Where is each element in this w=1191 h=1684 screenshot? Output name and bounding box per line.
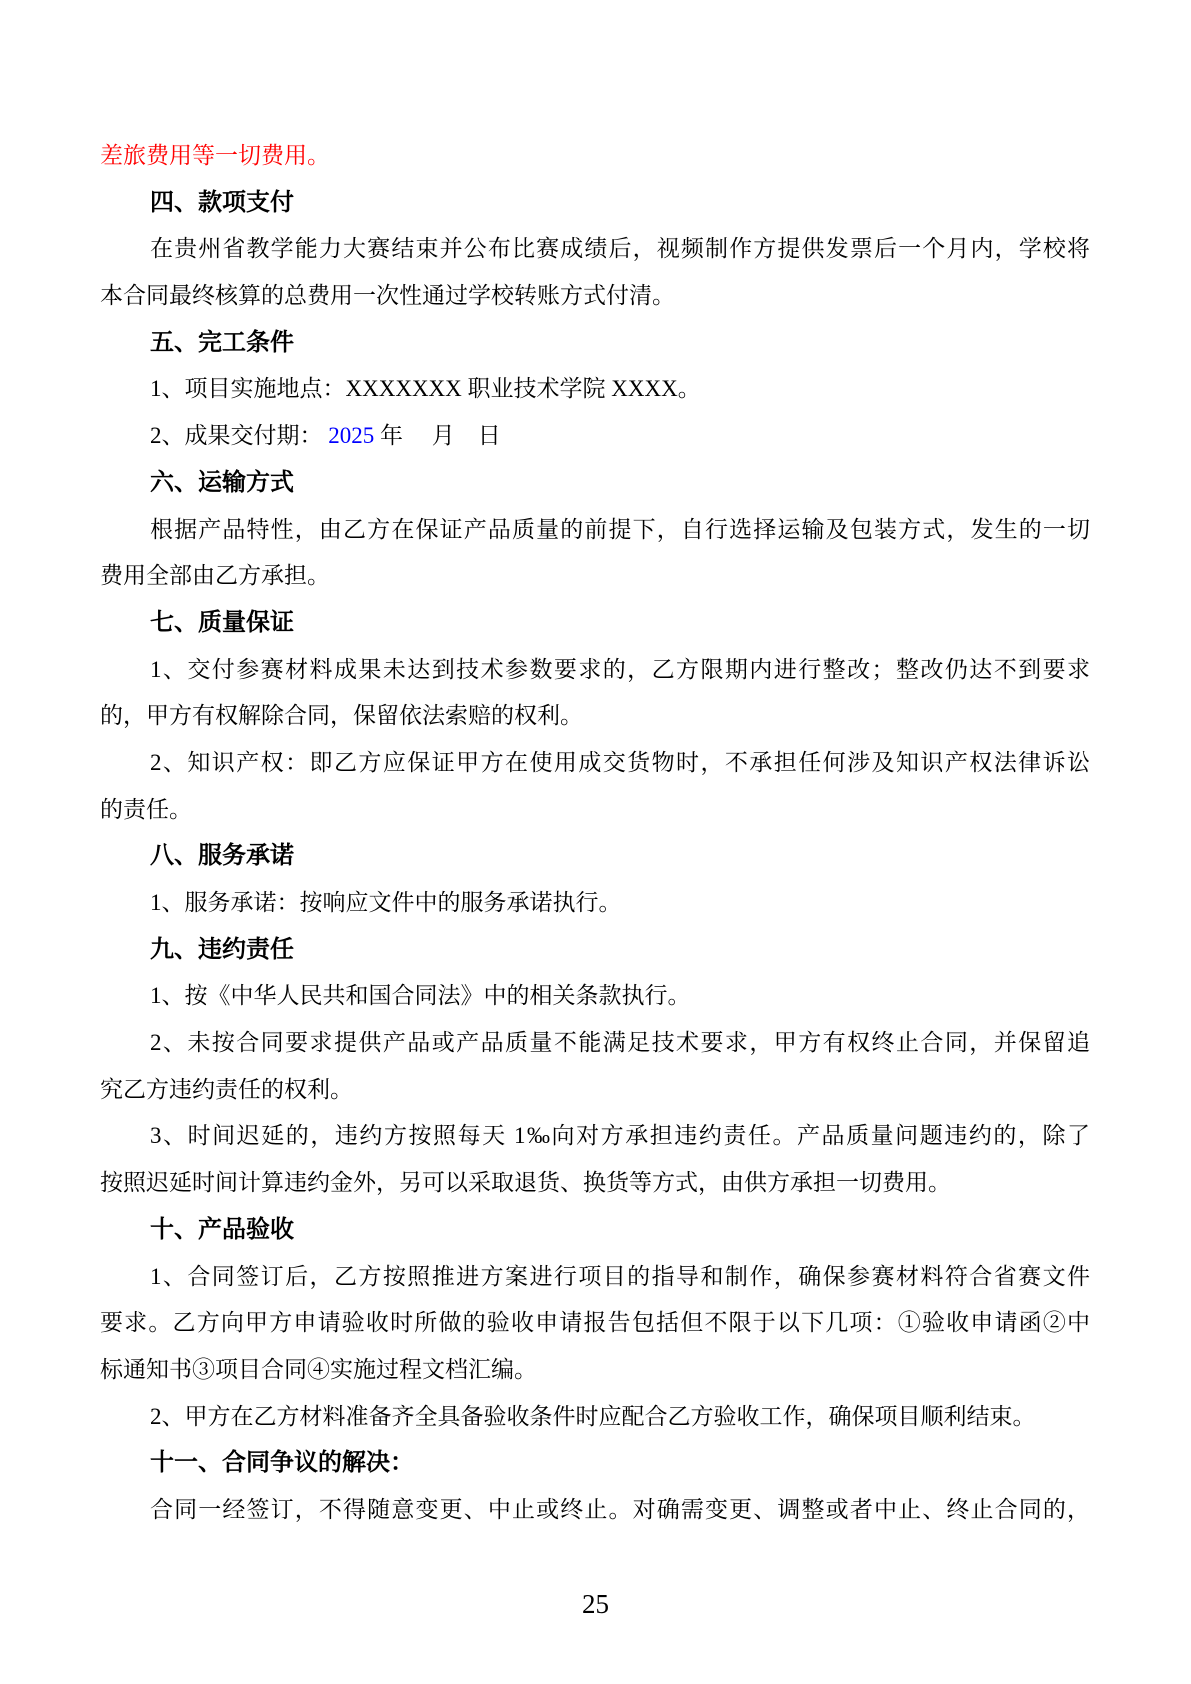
item-project-location: 1、项目实施地点：XXXXXXX 职业技术学院 XXXX。 — [100, 366, 1090, 413]
para-quality-2-line-2: 的责任。 — [100, 787, 1090, 834]
heading-completion-conditions: 五、完工条件 — [100, 320, 1090, 367]
para-quality-1-line-1: 1、交付参赛材料成果未达到技术参数要求的，乙方限期内进行整改；整改仍达不到要求 — [100, 647, 1090, 694]
heading-product-acceptance: 十、产品验收 — [100, 1207, 1090, 1254]
delivery-year-value: 2025 — [328, 423, 374, 448]
item-breach-2-line-1: 2、未按合同要求提供产品或产品质量不能满足技术要求，甲方有权终止合同，并保留追 — [100, 1020, 1090, 1067]
item-breach-2-line-2: 究乙方违约责任的权利。 — [100, 1067, 1090, 1114]
para-transport-line-2: 费用全部由乙方承担。 — [100, 553, 1090, 600]
heading-dispute-resolution: 十一、合同争议的解决： — [100, 1440, 1090, 1487]
item-breach-3-line-1: 3、时间迟延的，违约方按照每天 1‰向对方承担违约责任。产品质量问题违约的，除了 — [100, 1113, 1090, 1160]
para-dispute-line-1: 合同一经签订，不得随意变更、中止或终止。对确需变更、调整或者中止、终止合同的， — [100, 1487, 1090, 1534]
item-delivery-date: 2、成果交付期： 2025 年 月 日 — [100, 413, 1090, 460]
para-transport-line-1: 根据产品特性，由乙方在保证产品质量的前提下，自行选择运输及包装方式，发生的一切 — [100, 507, 1090, 554]
heading-service-commitment: 八、服务承诺 — [100, 833, 1090, 880]
heading-transport-method: 六、运输方式 — [100, 460, 1090, 507]
para-acceptance-1-line-2: 要求。乙方向甲方申请验收时所做的验收申请报告包括但不限于以下几项：①验收申请函②… — [100, 1300, 1090, 1347]
para-payment-line-2: 本合同最终核算的总费用一次性通过学校转账方式付清。 — [100, 273, 1090, 320]
para-acceptance-1-line-3: 标通知书③项目合同④实施过程文档汇编。 — [100, 1347, 1090, 1394]
item-breach-3-line-2: 按照迟延时间计算违约金外，另可以采取退货、换货等方式，由供方承担一切费用。 — [100, 1160, 1090, 1207]
heading-quality-assurance: 七、质量保证 — [100, 600, 1090, 647]
travel-expenses-note: 差旅费用等一切费用。 — [100, 133, 1090, 180]
delivery-date-placeholders: 年 月 日 — [374, 423, 501, 448]
document-page: 差旅费用等一切费用。 四、款项支付 在贵州省教学能力大赛结束并公布比赛成绩后，视… — [0, 0, 1191, 1684]
item-breach-1: 1、按《中华人民共和国合同法》中的相关条款执行。 — [100, 973, 1090, 1020]
para-quality-2-line-1: 2、知识产权：即乙方应保证甲方在使用成交货物时，不承担任何涉及知识产权法律诉讼 — [100, 740, 1090, 787]
contract-text-block: 差旅费用等一切费用。 四、款项支付 在贵州省教学能力大赛结束并公布比赛成绩后，视… — [100, 133, 1090, 1534]
heading-breach-liability: 九、违约责任 — [100, 927, 1090, 974]
item-service-commitment: 1、服务承诺：按响应文件中的服务承诺执行。 — [100, 880, 1090, 927]
page-number: 25 — [0, 1589, 1191, 1620]
para-acceptance-2: 2、甲方在乙方材料准备齐全具备验收条件时应配合乙方验收工作，确保项目顺利结束。 — [100, 1394, 1090, 1441]
delivery-date-label: 2、成果交付期： — [150, 423, 328, 448]
heading-payment-terms: 四、款项支付 — [100, 180, 1090, 227]
para-quality-1-line-2: 的，甲方有权解除合同，保留依法索赔的权利。 — [100, 693, 1090, 740]
para-acceptance-1-line-1: 1、合同签订后，乙方按照推进方案进行项目的指导和制作，确保参赛材料符合省赛文件 — [100, 1254, 1090, 1301]
para-payment-line-1: 在贵州省教学能力大赛结束并公布比赛成绩后，视频制作方提供发票后一个月内，学校将 — [100, 226, 1090, 273]
